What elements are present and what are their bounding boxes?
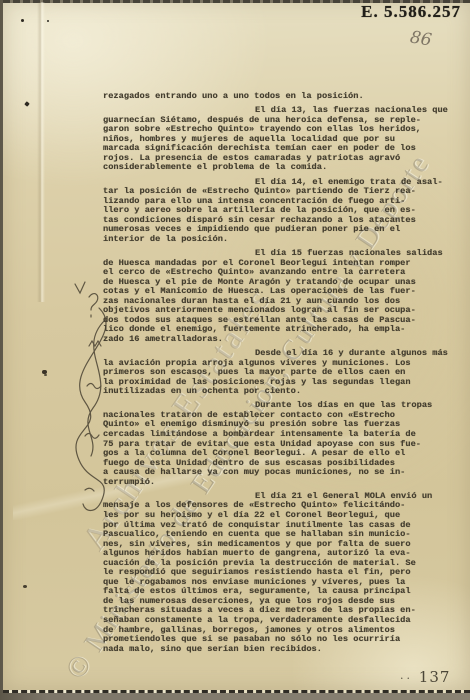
paper-hole (42, 370, 47, 374)
typed-text-block: rezagados entrando uno a uno todos en la… (103, 92, 431, 659)
typed-line: interior de la posición. (103, 235, 431, 245)
folio-number-pencil: 86 (409, 27, 434, 50)
typed-line: inutilizadas en un ochenta por ciento. (103, 387, 431, 397)
typed-paragraph: El día 21 el General MOLA envió unmensaj… (103, 492, 431, 654)
pencil-dots: .. (400, 669, 413, 682)
typed-paragraph: Durante los días en que las tropasnacion… (103, 401, 431, 487)
reference-number-stamp: E. 5.586.257 (343, 2, 461, 22)
document-page: © Ministerio de Educación, Cultura y Dep… (3, 0, 470, 693)
ink-speck (23, 585, 27, 588)
typed-paragraph: Desde el día 16 y durante algunos másla … (103, 349, 431, 397)
paper-crease (37, 2, 45, 302)
scanned-document-screenshot: { "header": { "stamp_number": "E. 5.586.… (0, 0, 470, 700)
typed-paragraph: El día 15 fuerzas nacionales salidasde H… (103, 249, 431, 344)
typed-line: rezagados entrando uno a uno todos en la… (103, 92, 431, 102)
typed-paragraph: rezagados entrando uno a uno todos en la… (103, 92, 431, 102)
typed-line: zado 16 ametralladoras. (103, 335, 431, 345)
typed-line: nada malo, sino que serían bien recibido… (103, 645, 431, 655)
typed-line: considerablemente el problema de la comi… (103, 163, 431, 173)
page-footer: .. 137 (400, 668, 450, 686)
typed-paragraph: El día 14, el enemigo trata de asal-tar … (103, 178, 431, 245)
ink-speck (21, 19, 24, 22)
ink-speck (47, 20, 49, 22)
page-number: 137 (419, 668, 451, 686)
typed-line: terrumpió. (103, 478, 431, 488)
ink-speck (24, 101, 30, 107)
typed-paragraph: El día 13, las fuerzas nacionales quegua… (103, 106, 431, 173)
